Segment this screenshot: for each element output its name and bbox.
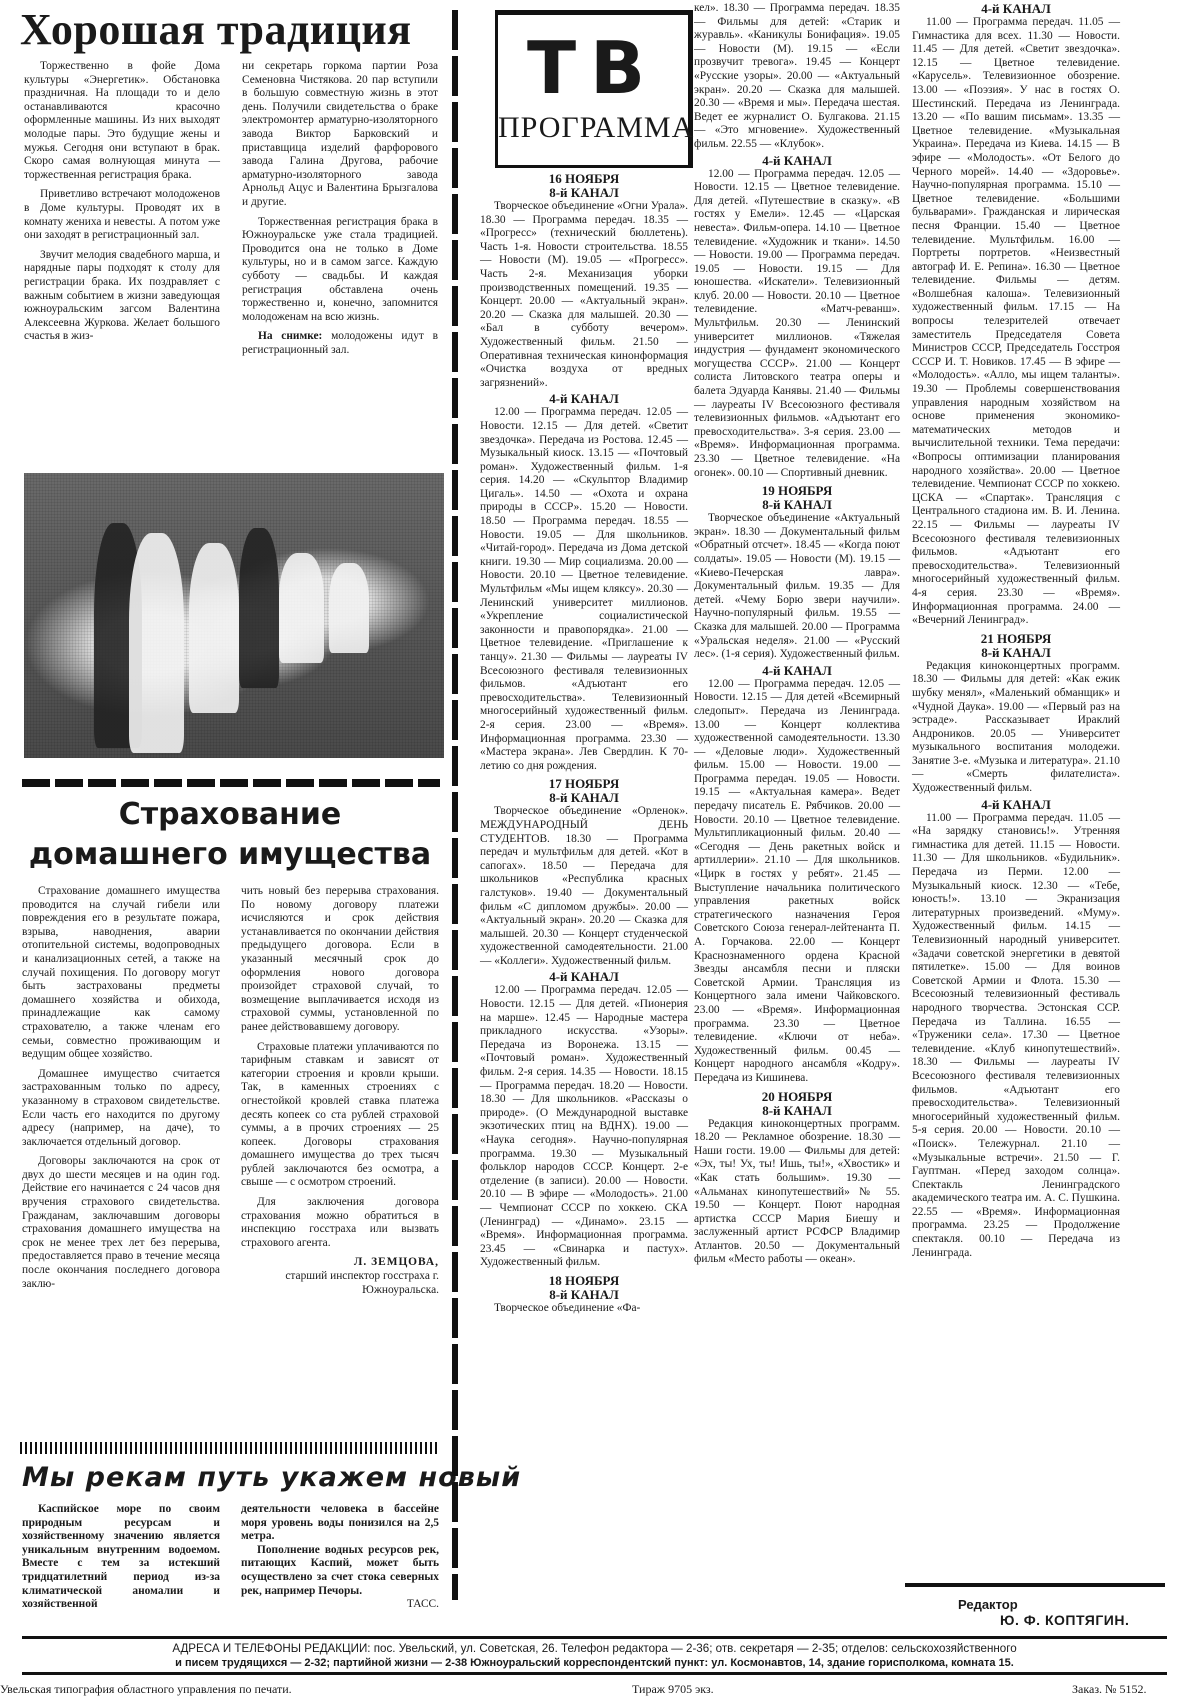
tv-channel-header: 4-й КАНАЛ bbox=[694, 664, 900, 678]
paragraph: Договоры заключаются на срок от двух до … bbox=[22, 1155, 220, 1291]
section-divider bbox=[20, 1442, 440, 1454]
tv-listing: Творческое объединение «Огни Урала». 18.… bbox=[480, 200, 688, 390]
tv-listing: 12.00 — Программа передач. 12.05 — Новос… bbox=[694, 168, 900, 481]
tv-logo-sub: ПРОГРАММА bbox=[498, 111, 688, 145]
tv-channel-header: 8-й КАНАЛ bbox=[694, 498, 900, 512]
tv-listing: 11.00 — Программа передач. 11.05 — Гимна… bbox=[912, 16, 1120, 628]
author-title: старший инспектор госстраха г. Южноураль… bbox=[241, 1270, 439, 1297]
tv-day-header: 18 НОЯБРЯ bbox=[480, 1274, 688, 1288]
printer-info: Увельская типография областного управлен… bbox=[0, 1682, 292, 1697]
paragraph: Страховые платежи уплачиваются по тарифн… bbox=[241, 1041, 439, 1191]
tv-channel-header: 4-й КАНАЛ bbox=[912, 2, 1120, 16]
tv-day-header: 16 НОЯБРЯ bbox=[480, 172, 688, 186]
footer-line-1-text: пос. Увельский, ул. Советская, 26. Телеф… bbox=[374, 1642, 1017, 1655]
tv-listing: 12.00 — Программа передач. 12.05 — Новос… bbox=[480, 406, 688, 773]
tv-channel-header: 8-й КАНАЛ bbox=[912, 646, 1120, 660]
insurance-col-2: чить новый без перерыва страхования. По … bbox=[241, 885, 439, 1297]
footer-line-1: АДРЕСА И ТЕЛЕФОНЫ РЕДАКЦИИ: пос. Увельск… bbox=[22, 1642, 1167, 1656]
photo-figure bbox=[189, 543, 239, 713]
tv-channel-header: 4-й КАНАЛ bbox=[912, 798, 1120, 812]
circulation: Тираж 9705 экз. bbox=[632, 1682, 714, 1697]
footer-label: АДРЕСА И ТЕЛЕФОНЫ РЕДАКЦИИ: bbox=[172, 1642, 370, 1655]
paragraph: Пополнение водных ресурсов рек, питающих… bbox=[241, 1544, 439, 1598]
paragraph: Каспийское море по своим природным ресур… bbox=[22, 1503, 220, 1612]
title-line-2: домашнего имущества bbox=[20, 835, 440, 875]
editor-label: Редактор bbox=[958, 1597, 1018, 1612]
photo-figure bbox=[279, 553, 324, 663]
news-source: ТАСС. bbox=[241, 1598, 439, 1612]
paragraph: Для заключения договора страхования можн… bbox=[241, 1196, 439, 1250]
paragraph: ни секретарь горкома партии Роза Семенов… bbox=[242, 60, 438, 210]
photo-figure bbox=[329, 563, 369, 653]
article-title-rivers: Мы рекам путь укажем новый bbox=[22, 1462, 521, 1493]
article-title-insurance: Страхование домашнего имущества bbox=[20, 795, 440, 875]
paragraph: Звучит мелодия свадебного марша, и наряд… bbox=[24, 249, 220, 344]
tradition-col-2: ни секретарь горкома партии Роза Семенов… bbox=[242, 60, 438, 363]
tv-col-3: 4-й КАНАЛ 11.00 — Программа передач. 11.… bbox=[912, 2, 1120, 1262]
tv-day-header: 21 НОЯБРЯ bbox=[912, 632, 1120, 646]
tv-channel-header: 4-й КАНАЛ bbox=[694, 154, 900, 168]
tv-listing: Творческое объединение «Фа- bbox=[480, 1302, 688, 1316]
rivers-col-2: деятельности человека в бассейне моря ур… bbox=[241, 1503, 439, 1612]
paragraph: деятельности человека в бассейне моря ур… bbox=[241, 1503, 439, 1544]
photo-figure bbox=[129, 533, 184, 753]
tv-day-header: 17 НОЯБРЯ bbox=[480, 777, 688, 791]
article-title-tradition: Хорошая традиция bbox=[20, 4, 412, 55]
paragraph: Торжественно в фойе Дома культуры «Энерг… bbox=[24, 60, 220, 182]
footer-contacts: АДРЕСА И ТЕЛЕФОНЫ РЕДАКЦИИ: пос. Увельск… bbox=[22, 1642, 1167, 1670]
tv-listing: Редакция киноконцертных программ. 18.30 … bbox=[912, 660, 1120, 796]
tv-channel-header: 4-й КАНАЛ bbox=[480, 970, 688, 984]
paragraph: Домашнее имущество считается застрахован… bbox=[22, 1068, 220, 1150]
tv-listing: Творческое объединение «Орленок». МЕЖДУН… bbox=[480, 805, 688, 968]
footer-rule-bottom bbox=[22, 1672, 1167, 1675]
caption-label: На снимке: bbox=[258, 330, 322, 342]
tv-listing: кел». 18.30 — Программа передач. 18.35 —… bbox=[694, 2, 900, 152]
photo-figure bbox=[239, 528, 279, 688]
section-divider bbox=[22, 779, 440, 787]
insurance-col-1: Страхование домашнего имущества проводит… bbox=[22, 885, 220, 1297]
column-divider bbox=[452, 10, 458, 1600]
tv-day-header: 20 НОЯБРЯ bbox=[694, 1090, 900, 1104]
paragraph: Торжественная регистрация брака в Южноур… bbox=[242, 216, 438, 325]
tv-col-2: кел». 18.30 — Программа передач. 18.35 —… bbox=[694, 2, 900, 1269]
tv-channel-header: 8-й КАНАЛ bbox=[480, 1288, 688, 1302]
editor-rule bbox=[905, 1583, 1165, 1587]
tv-logo-big: ТВ bbox=[498, 33, 688, 103]
footer-rule-top bbox=[22, 1636, 1167, 1639]
paragraph: Страхование домашнего имущества проводит… bbox=[22, 885, 220, 1062]
tv-listing: Редакция киноконцертных программ. 18.20 … bbox=[694, 1118, 900, 1268]
tv-channel-header: 8-й КАНАЛ bbox=[480, 186, 688, 200]
tv-listing: 12.00 — Программа передач. 12.05 — Новос… bbox=[480, 984, 688, 1269]
tv-channel-header: 8-й КАНАЛ bbox=[480, 791, 688, 805]
paragraph: чить новый без перерыва страхования. По … bbox=[241, 885, 439, 1035]
tv-day-header: 19 НОЯБРЯ bbox=[694, 484, 900, 498]
tv-col-1: 16 НОЯБРЯ 8-й КАНАЛ Творческое объединен… bbox=[480, 168, 688, 1318]
tv-channel-header: 8-й КАНАЛ bbox=[694, 1104, 900, 1118]
title-line-1: Страхование bbox=[20, 795, 440, 835]
tv-listing: 12.00 — Программа передач. 12.05 — Новос… bbox=[694, 678, 900, 1086]
tv-listing: 11.00 — Программа передач. 11.05 — «На з… bbox=[912, 812, 1120, 1261]
tv-channel-header: 4-й КАНАЛ bbox=[480, 392, 688, 406]
rivers-col-1: Каспийское море по своим природным ресур… bbox=[22, 1503, 220, 1618]
order-number: Заказ. № 5152. bbox=[1072, 1682, 1147, 1697]
footer-line-2: и писем трудящихся — 2-32; партийной жиз… bbox=[22, 1656, 1167, 1670]
paragraph: Приветливо встречают молодоженов в Доме … bbox=[24, 188, 220, 242]
author-name: Л. ЗЕМЦОВА, bbox=[241, 1256, 439, 1270]
tradition-col-1: Торжественно в фойе Дома культуры «Энерг… bbox=[24, 60, 220, 350]
tv-program-logo: ТВ ПРОГРАММА bbox=[495, 10, 693, 168]
wedding-photo bbox=[24, 473, 444, 758]
tv-listing: Творческое объединение «Актуальный экран… bbox=[694, 512, 900, 662]
editor-name: Ю. Ф. КОПТЯГИН. bbox=[1000, 1612, 1129, 1628]
photo-caption: На снимке: молодожены идут в регистрацио… bbox=[242, 330, 438, 357]
